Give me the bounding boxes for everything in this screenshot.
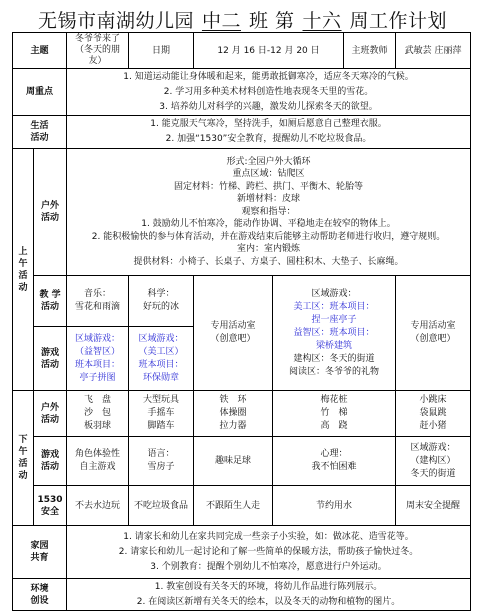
cell-line: 音乐： (69, 288, 126, 301)
teaching-tue: 科学： 好玩的冰 (129, 276, 194, 327)
cell-line: （益智区） (69, 346, 126, 359)
outdoor-line: 固定材料：竹梯、跨栏、拱门、平衡木、轮胎等 (69, 181, 468, 194)
game-fri-pm: 区域游戏： （建构区） 冬天的街道 (396, 437, 471, 486)
game-mon: 区域游戏： （益智区） 班本项目： 亭子拼图 (67, 327, 129, 391)
game-activity-label: 游戏 活动 (34, 327, 67, 391)
weekly-focus-item: 2. 学习用多种美术材料创造性地表现冬天里的雪花。 (69, 85, 468, 100)
cell-line: 建构区：冬天的街道 (275, 353, 393, 366)
environment-label: 环境 创设 (13, 579, 67, 611)
label-line: 户外 (36, 402, 64, 414)
cell-line: 科学： (131, 288, 191, 301)
home-school-content: 1. 请家长和幼儿在家共同完成一些亲子小实验，如：做冰花、造雪花等。 2. 请家… (67, 526, 471, 579)
label-char: 活 (15, 270, 31, 282)
morning-activity-label: 上 午 活 动 (13, 149, 34, 391)
outdoor-line: 2. 能积极愉快的参与体育活动，并在游戏结束后能够主动帮助老师进行收归，遵守规则… (69, 231, 468, 244)
cell-line: 语言： (131, 448, 191, 461)
life-activity-content: 1. 能克服天气寒冷，坚持洗手，如厕后愿意自己整理衣服。 2. 加强“1530”… (67, 116, 471, 149)
label-char: 下 (15, 434, 31, 446)
afternoon-activity-label: 下 午 活 动 (13, 391, 34, 526)
safety-mon: 不去水边玩 (67, 486, 129, 526)
outdoor-mon: 飞 盘 沙 包 板羽球 (67, 391, 129, 437)
outdoor-fri: 小跳床 袋鼠跳 赶小猪 (396, 391, 471, 437)
life-activity-label: 生活 活动 (13, 116, 67, 149)
label-line: 户外 (36, 200, 64, 212)
special-room-wed: 专用活动室 （创意吧） (194, 276, 273, 391)
home-school-item: 3. 个别教育：提醒个别幼儿不怕寒冷，愿意进行户外运动。 (69, 560, 468, 575)
weekly-plan-table: 主题 冬爷爷来了（冬天的朋友） 日期 12 月 16 日-12 月 20 日 主… (12, 32, 471, 611)
life-activity-item: 2. 加强“1530”安全教育，提醒幼儿不吃垃圾食品。 (69, 132, 468, 147)
cell-line: 梅花桩 (275, 394, 393, 407)
cell-line: （建构区） (398, 455, 468, 468)
outdoor-line: 形式:全园户外大循环 (69, 156, 468, 169)
weekly-focus-item: 1. 知道运动能让身体暖和起来，能勇敢抵御寒冷，适应冬天寒冷的气候。 (69, 70, 468, 85)
cell-line: 区域游戏： (69, 333, 126, 346)
environment-row: 环境 创设 1. 教室创设有关冬天的环境，将幼儿作品进行陈列展示。 2. 在阅读… (13, 579, 471, 611)
cell-line: 心理： (275, 448, 393, 461)
cell-line: 专用活动室 (398, 320, 468, 333)
cell-line: 脚踏车 (131, 420, 191, 433)
label-line: 游戏 (36, 449, 64, 461)
game-wed-pm: 趣味足球 (194, 437, 273, 486)
cell-line: 区域游戏： (131, 333, 191, 346)
life-activity-row: 生活 活动 1. 能克服天气寒冷，坚持洗手，如厕后愿意自己整理衣服。 2. 加强… (13, 116, 471, 149)
cell-line: 好玩的冰 (131, 301, 191, 314)
outdoor-line: 观察和指导： (69, 206, 468, 219)
project-line: 美工区：班本项目： (275, 301, 393, 314)
safety-row: 1530 安全 不去水边玩 不吃垃圾食品 不跟陌生人走 节约用水 周末安全提醒 (13, 486, 471, 526)
theme-value: 冬爷爷来了（冬天的朋友） (67, 33, 129, 69)
weekly-focus-row: 周重点 1. 知道运动能让身体暖和起来，能勇敢抵御寒冷，适应冬天寒冷的气候。 2… (13, 69, 471, 116)
cell-line: 拉力器 (196, 420, 270, 433)
cell-line: 冬天的街道 (398, 468, 468, 481)
cell-line: 环保勋章 (131, 372, 191, 385)
label-line: 生活 (15, 120, 64, 132)
area-game-thu: 区域游戏： 美工区：班本项目： 捏一座亭子 益智区：班本项目： 梁桥建筑 建构区… (273, 276, 396, 391)
cell-line: 高 跷 (275, 420, 393, 433)
label-line: 1530 (36, 494, 64, 506)
class-week-connector: 班 第 (249, 10, 295, 32)
label-line: 活动 (36, 359, 64, 371)
safety-thu: 节约用水 (273, 486, 396, 526)
project-line: 梁桥建筑 (275, 340, 393, 353)
label-line: 环境 (15, 583, 64, 595)
date-value: 12 月 16 日-12 月 20 日 (194, 33, 344, 69)
safety-tue: 不吃垃圾食品 (129, 486, 194, 526)
cell-line: 阅读区：冬爷爷的礼物 (275, 366, 393, 379)
afternoon-game-label: 游戏 活动 (34, 437, 67, 486)
outdoor-wed: 铁 环 体操圈 拉力器 (194, 391, 273, 437)
safety-wed: 不跟陌生人走 (194, 486, 273, 526)
label-line: 活动 (15, 132, 64, 144)
title-suffix: 周工作计划 (350, 10, 448, 32)
teaching-activity-label: 教 学 活动 (34, 276, 67, 327)
environment-item: 2. 在阅读区新增有关冬天的绘本，以及冬天的动物和植物的图片。 (69, 595, 468, 610)
header-row: 主题 冬爷爷来了（冬天的朋友） 日期 12 月 16 日-12 月 20 日 主… (13, 33, 471, 69)
cell-line: 区域游戏： (398, 442, 468, 455)
class-name: 中二 (194, 10, 249, 32)
date-label: 日期 (129, 33, 194, 69)
label-char: 动 (15, 470, 31, 482)
label-line: 家园 (15, 540, 64, 552)
outdoor-line: 1. 鼓励幼儿不怕寒冷，能动作协调、平稳地走在较窄的物体上。 (69, 218, 468, 231)
safety-fri: 周末安全提醒 (396, 486, 471, 526)
outdoor-line: 新增材料：皮球 (69, 193, 468, 206)
outdoor-line: 提供材料：小椅子、长桌子、方桌子、圆柱积木、大垫子、长麻绳。 (69, 256, 468, 269)
cell-line: （创意吧） (398, 333, 468, 346)
label-line: 活动 (36, 212, 64, 224)
home-school-row: 家园 共育 1. 请家长和幼儿在家共同完成一些亲子小实验，如：做冰花、造雪花等。… (13, 526, 471, 579)
weekly-focus-content: 1. 知道运动能让身体暖和起来，能勇敢抵御寒冷，适应冬天寒冷的气候。 2. 学习… (67, 69, 471, 116)
cell-line: 沙 包 (69, 407, 126, 420)
cell-line: 小跳床 (398, 394, 468, 407)
week-number: 十六 (295, 10, 350, 32)
weekly-focus-label: 周重点 (13, 69, 67, 116)
label-line: 活动 (36, 301, 64, 313)
cell-line: 区域游戏： (275, 288, 393, 301)
project-line: 益智区：班本项目： (275, 327, 393, 340)
project-line: 捏一座亭子 (275, 314, 393, 327)
cell-line: 我不怕困难 (275, 461, 393, 474)
cell-line: 袋鼠跳 (398, 407, 468, 420)
environment-item: 1. 教室创设有关冬天的环境，将幼儿作品进行陈列展示。 (69, 580, 468, 595)
game-tue-pm: 语言： 雪房子 (129, 437, 194, 486)
cell-line: （美工区） (131, 346, 191, 359)
environment-content: 1. 教室创设有关冬天的环境，将幼儿作品进行陈列展示。 2. 在阅读区新增有关冬… (67, 579, 471, 611)
cell-line: 趣味足球 (196, 455, 270, 468)
cell-line: 铁 环 (196, 394, 270, 407)
morning-teaching-row: 教 学 活动 音乐： 雪花和雨滴 科学： 好玩的冰 专用活动室 （创意吧） 区域… (13, 276, 471, 327)
cell-line: 角色体验性 (69, 448, 126, 461)
home-school-item: 1. 请家长和幼儿在家共同完成一些亲子小实验，如：做冰花、造雪花等。 (69, 530, 468, 545)
safety-label: 1530 安全 (34, 486, 67, 526)
school-name: 无锡市南湖幼儿园 (38, 10, 194, 32)
label-char: 午 (15, 258, 31, 270)
label-line: 游戏 (36, 347, 64, 359)
cell-line: 雪花和雨滴 (69, 301, 126, 314)
game-thu-pm: 心理： 我不怕困难 (273, 437, 396, 486)
afternoon-game-row: 游戏 活动 角色体验性 自主游戏 语言： 雪房子 趣味足球 心理： 我不怕困难 … (13, 437, 471, 486)
cell-line: 专用活动室 (196, 320, 270, 333)
home-school-label: 家园 共育 (13, 526, 67, 579)
cell-line: （创意吧） (196, 333, 270, 346)
morning-outdoor-content: 形式:全园户外大循环 重点区域：钻爬区 固定材料：竹梯、跨栏、拱门、平衡木、轮胎… (67, 149, 471, 276)
label-char: 动 (15, 282, 31, 294)
outdoor-thu: 梅花桩 竹 梯 高 跷 (273, 391, 396, 437)
cell-line: 大型玩具 (131, 394, 191, 407)
teacher-label: 主班教师 (344, 33, 396, 69)
theme-label: 主题 (13, 33, 67, 69)
afternoon-outdoor-label: 户外 活动 (34, 391, 67, 437)
cell-line: 自主游戏 (69, 461, 126, 474)
cell-line: 赶小猪 (398, 420, 468, 433)
cell-line: 体操圈 (196, 407, 270, 420)
outdoor-line: 重点区域：钻爬区 (69, 168, 468, 181)
cell-line: 手摇车 (131, 407, 191, 420)
teaching-mon: 音乐： 雪花和雨滴 (67, 276, 129, 327)
label-char: 活 (15, 458, 31, 470)
cell-line: 雪房子 (131, 461, 191, 474)
page-title: 无锡市南湖幼儿园中二班 第十六周工作计划 (0, 6, 485, 33)
weekly-focus-item: 3. 培养幼儿对科学的兴趣，激发幼儿探索冬天的欲望。 (69, 100, 468, 115)
outdoor-line: 室内：室内锻炼 (69, 243, 468, 256)
cell-line: 板羽球 (69, 420, 126, 433)
afternoon-outdoor-row: 下 午 活 动 户外 活动 飞 盘 沙 包 板羽球 大型玩具 手摇车 脚踏车 铁… (13, 391, 471, 437)
label-char: 上 (15, 246, 31, 258)
morning-outdoor-row: 上 午 活 动 户外 活动 形式:全园户外大循环 重点区域：钻爬区 固定材料：竹… (13, 149, 471, 276)
life-activity-item: 1. 能克服天气寒冷，坚持洗手，如厕后愿意自己整理衣服。 (69, 117, 468, 132)
label-line: 教 学 (36, 289, 64, 301)
label-line: 创设 (15, 595, 64, 607)
teacher-value: 武敏芸 庄丽萍 (396, 33, 471, 69)
label-char: 午 (15, 446, 31, 458)
home-school-item: 2. 请家长和幼儿一起讨论和了解一些简单的保暖方法，帮助孩子愉快过冬。 (69, 545, 468, 560)
cell-line: 飞 盘 (69, 394, 126, 407)
outdoor-tue: 大型玩具 手摇车 脚踏车 (129, 391, 194, 437)
cell-line: 班本项目： (131, 359, 191, 372)
game-tue: 区域游戏： （美工区） 班本项目： 环保勋章 (129, 327, 194, 391)
cell-line: 竹 梯 (275, 407, 393, 420)
cell-line: 班本项目： (69, 359, 126, 372)
label-line: 活动 (36, 461, 64, 473)
game-mon-pm: 角色体验性 自主游戏 (67, 437, 129, 486)
label-line: 共育 (15, 552, 64, 564)
morning-outdoor-label: 户外 活动 (34, 149, 67, 276)
label-line: 安全 (36, 506, 64, 518)
cell-line: 亭子拼图 (69, 372, 126, 385)
label-line: 活动 (36, 414, 64, 426)
special-room-fri: 专用活动室 （创意吧） (396, 276, 471, 391)
